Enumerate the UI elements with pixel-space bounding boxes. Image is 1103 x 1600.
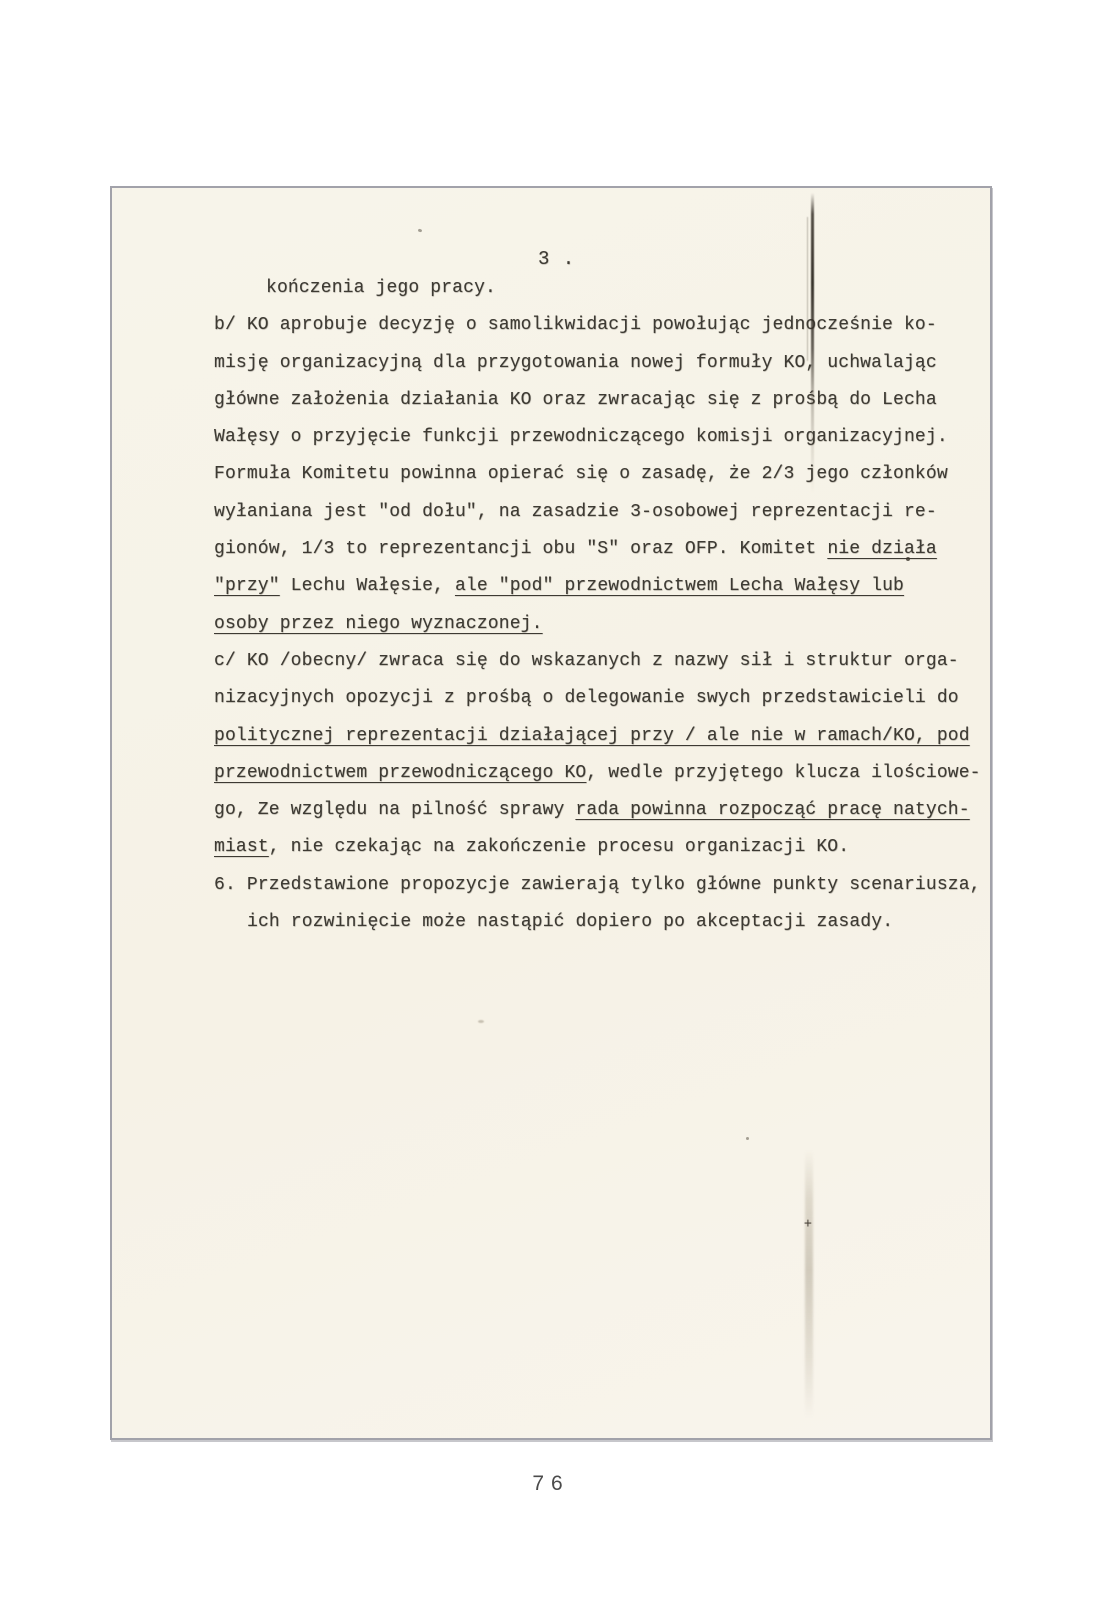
underlined-text-segment: przewodnictwem przewodniczącego KO xyxy=(214,763,586,783)
scanned-document-page: 3 . kończenia jego pracy.b/ KO aprobuje … xyxy=(110,186,992,1440)
text-line: Formuła Komitetu powinna opierać się o z… xyxy=(214,456,984,493)
text-line: c/ KO /obecny/ zwraca się do wskazanych … xyxy=(214,643,984,680)
ink-speck xyxy=(746,1137,749,1140)
text-line: gionów, 1/3 to reprezentancji obu "S" or… xyxy=(214,531,984,568)
page-number-footer: 76 xyxy=(110,1472,992,1496)
scan-artifact-vertical-line xyxy=(811,193,814,493)
text-line: osoby przez niego wyznaczonej. xyxy=(214,606,984,643)
text-line: miast, nie czekając na zakończenie proce… xyxy=(214,829,984,866)
text-line: nizacyjnych opozycji z prośbą o delegowa… xyxy=(214,680,984,717)
text-segment: gionów, 1/3 to reprezentancji obu "S" or… xyxy=(214,539,827,559)
ink-speck xyxy=(906,557,910,561)
text-segment: , wedle przyjętego klucza ilościowe- xyxy=(586,763,980,783)
underlined-text-segment: nie działa xyxy=(827,539,937,559)
text-segment: główne założenia działania KO oraz zwrac… xyxy=(214,390,937,410)
text-segment: ich rozwinięcie może nastąpić dopiero po… xyxy=(247,912,893,932)
text-segment: Lechu Wałęsie, xyxy=(280,576,455,596)
ink-speck xyxy=(478,1020,484,1023)
text-segment: misję organizacyjną dla przygotowania no… xyxy=(214,353,937,373)
text-segment: nizacyjnych opozycji z prośbą o delegowa… xyxy=(214,688,959,708)
page-number-header: 3 . xyxy=(538,248,575,270)
text-line: misję organizacyjną dla przygotowania no… xyxy=(214,345,984,382)
text-line: b/ KO aprobuje decyzję o samolikwidacji … xyxy=(214,307,984,344)
text-line: główne założenia działania KO oraz zwrac… xyxy=(214,382,984,419)
text-segment: go, Ze względu na pilność sprawy xyxy=(214,800,575,820)
text-line: "przy" Lechu Wałęsie, ale "pod" przewodn… xyxy=(214,568,984,605)
text-line: przewodnictwem przewodniczącego KO, wedl… xyxy=(214,755,984,792)
text-line: go, Ze względu na pilność sprawy rada po… xyxy=(214,792,984,829)
underlined-text-segment: politycznej reprezentacji działającej pr… xyxy=(214,726,970,746)
text-line: Wałęsy o przyjęcie funkcji przewodnicząc… xyxy=(214,419,984,456)
text-line: 6. Przedstawione propozycje zawierają ty… xyxy=(214,867,984,904)
scan-artifact-smudge xyxy=(805,1150,813,1418)
ink-speck xyxy=(418,228,423,232)
text-segment: b/ KO aprobuje decyzję o samolikwidacji … xyxy=(214,315,937,335)
text-line: ich rozwinięcie może nastąpić dopiero po… xyxy=(214,904,984,941)
document-text-block: kończenia jego pracy.b/ KO aprobuje decy… xyxy=(214,270,984,941)
text-line: wyłaniana jest "od dołu", na zasadzie 3-… xyxy=(214,494,984,531)
scan-artifact-cross: + xyxy=(804,1216,812,1231)
text-segment: kończenia jego pracy. xyxy=(266,278,496,298)
underlined-text-segment: osoby przez niego wyznaczonej. xyxy=(214,614,543,634)
text-segment: 6. Przedstawione propozycje zawierają ty… xyxy=(214,875,981,895)
text-line: kończenia jego pracy. xyxy=(214,270,984,307)
text-segment: wyłaniana jest "od dołu", na zasadzie 3-… xyxy=(214,502,937,522)
text-segment: c/ KO /obecny/ zwraca się do wskazanych … xyxy=(214,651,959,671)
underlined-text-segment: rada powinna rozpocząć pracę natych- xyxy=(575,800,969,820)
text-segment: Formuła Komitetu powinna opierać się o z… xyxy=(214,464,948,484)
text-line: politycznej reprezentacji działającej pr… xyxy=(214,718,984,755)
text-segment: Wałęsy o przyjęcie funkcji przewodnicząc… xyxy=(214,427,948,447)
underlined-text-segment: miast xyxy=(214,837,269,857)
text-segment: , nie czekając na zakończenie procesu or… xyxy=(269,837,849,857)
underlined-text-segment: "przy" xyxy=(214,576,280,596)
underlined-text-segment: ale "pod" przewodnictwem Lecha Wałęsy lu… xyxy=(455,576,904,596)
